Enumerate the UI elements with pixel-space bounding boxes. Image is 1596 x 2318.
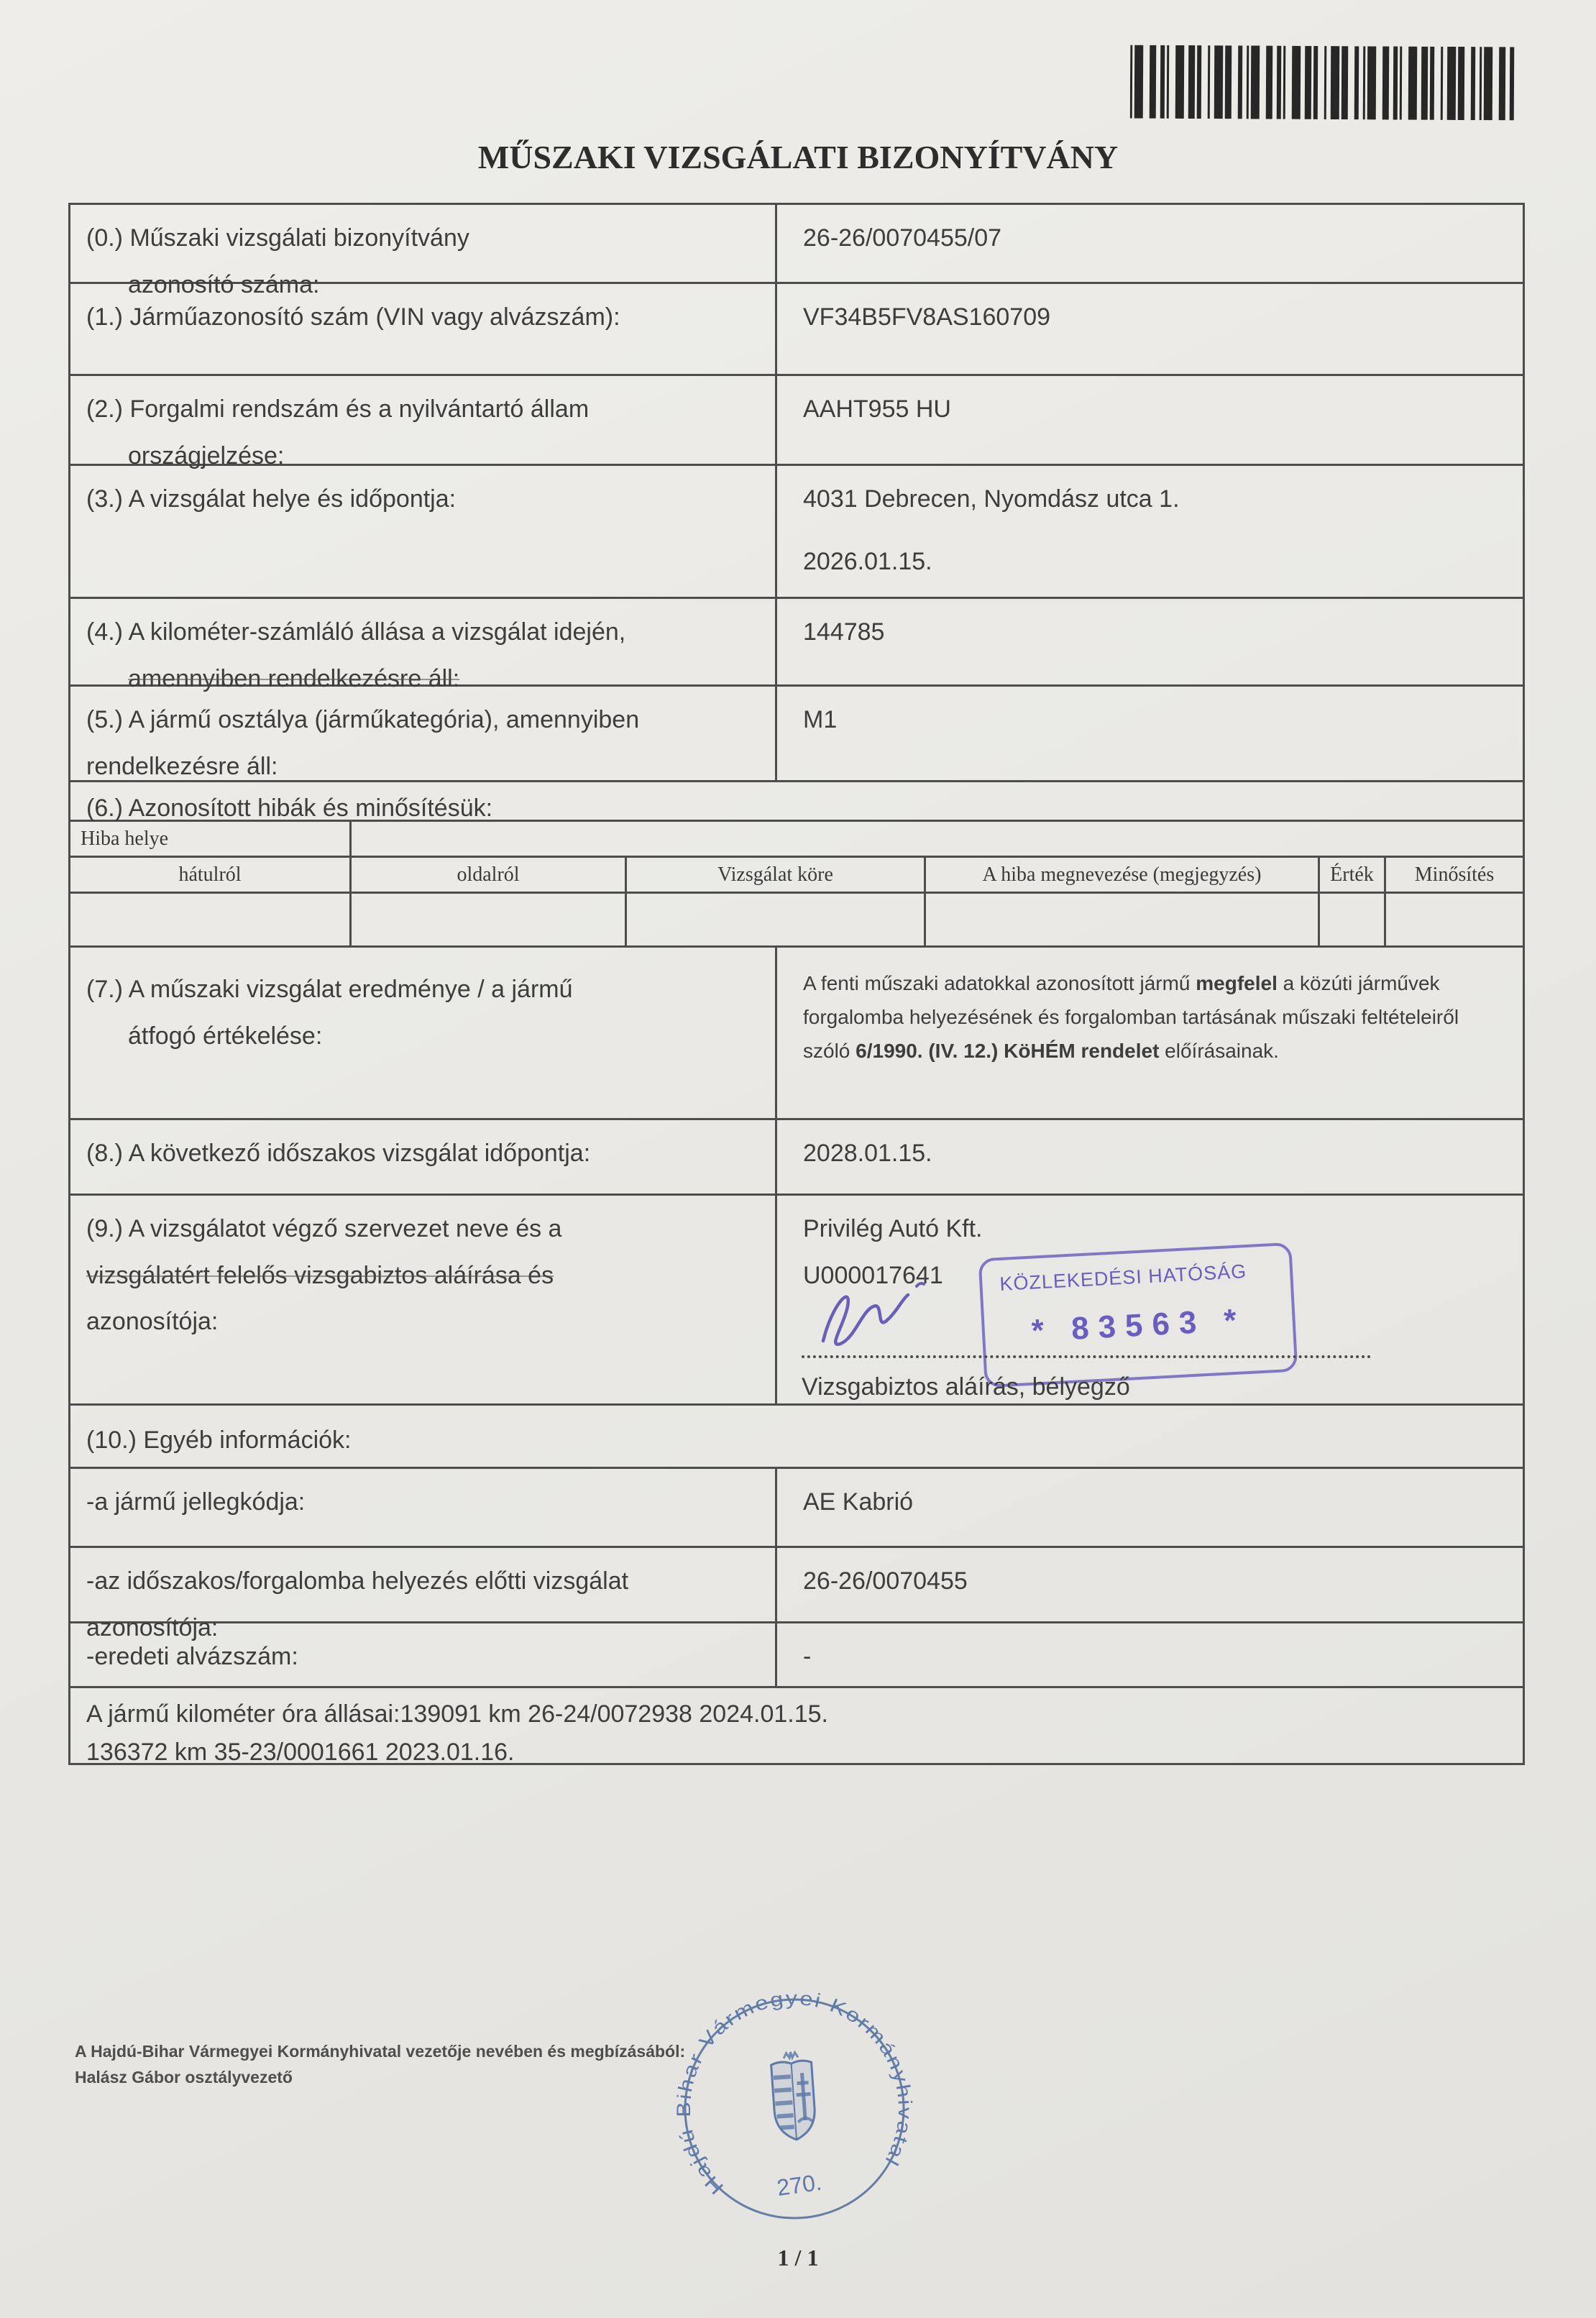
field-2-label: (2.) Forgalmi rendszám és a nyilvántartó…: [70, 376, 777, 464]
sub-field-elozo-vizsgalat-value: 26-26/0070455: [777, 1548, 1523, 1621]
field-0-value: 26-26/0070455/07: [777, 205, 1523, 282]
field-4-value: 144785: [777, 599, 1523, 684]
page-number: 1 / 1: [0, 2245, 1596, 2271]
sub-field-eredeti-alvazszam-row: -eredeti alvázszám: -: [70, 1621, 1523, 1686]
field-5-value: M1: [777, 687, 1523, 780]
signature-caption: Vizsgabiztos aláírás, bélyegző: [802, 1364, 1130, 1411]
field-9-row: (9.) A vizsgálatot végző szervezet neve …: [70, 1194, 1523, 1403]
defect-col-oldalrol: oldalról: [352, 858, 627, 892]
field-2-value: AAHT955 HU: [777, 376, 1523, 464]
sub-field-elozo-vizsgalat-label: -az időszakos/forgalomba helyezés előtti…: [70, 1548, 777, 1621]
defect-table-corner-row: Hiba helye: [70, 820, 1523, 856]
barcode-image: [1130, 45, 1523, 121]
sub-field-jellegkod-value: AE Kabrió: [777, 1469, 1523, 1546]
authority-stamp-title: KÖZLEKEDÉSI HATÓSÁG: [999, 1260, 1290, 1294]
field-5-label: (5.) A jármű osztálya (járműkategória), …: [70, 687, 777, 780]
field-2-row: (2.) Forgalmi rendszám és a nyilvántartó…: [70, 374, 1523, 464]
official-seal: Hajdú-Bihar Vármegyei Kormányhivatal 270…: [676, 1990, 913, 2227]
inspection-org-name: Privilég Autó Kft.: [803, 1206, 1501, 1252]
sub-field-jellegkod-row: -a jármű jellegkódja: AE Kabrió: [70, 1467, 1523, 1546]
field-7-row: (7.) A műszaki vizsgálat eredménye / a j…: [70, 945, 1523, 1118]
defect-col-vizsgalat-kore: Vizsgálat köre: [627, 858, 926, 892]
field-1-label: (1.) Járműazonosító szám (VIN vagy alváz…: [70, 284, 777, 374]
field-4-row: (4.) A kilométer-számláló állása a vizsg…: [70, 597, 1523, 684]
field-1-value: VF34B5FV8AS160709: [777, 284, 1523, 374]
field-4-label: (4.) A kilométer-számláló állása a vizsg…: [70, 599, 777, 684]
sub-field-eredeti-alvazszam-value: -: [777, 1623, 1523, 1686]
document-title: MŰSZAKI VIZSGÁLATI BIZONYÍTVÁNY: [0, 138, 1596, 176]
field-9-label: (9.) A vizsgálatot végző szervezet neve …: [70, 1196, 777, 1403]
field-6-heading: (6.) Azonosított hibák és minősítésük:: [70, 782, 1523, 820]
field-1-row: (1.) Járműazonosító szám (VIN vagy alváz…: [70, 282, 1523, 374]
defect-col-hiba-megnevezese: A hiba megnevezése (megjegyzés): [926, 858, 1320, 892]
defect-col-ertek: Érték: [1320, 858, 1386, 892]
odometer-history-row: A jármű kilométer óra állásai:139091 km …: [70, 1686, 1523, 1763]
field-8-row: (8.) A következő időszakos vizsgálat idő…: [70, 1118, 1523, 1194]
field-7-label: (7.) A műszaki vizsgálat eredménye / a j…: [70, 948, 777, 1118]
field-3-value: 4031 Debrecen, Nyomdász utca 1. 2026.01.…: [777, 466, 1523, 597]
field-8-value: 2028.01.15.: [777, 1120, 1523, 1194]
field-7-value: A fenti műszaki adatokkal azonosított já…: [777, 948, 1523, 1118]
inspector-signature: [817, 1275, 961, 1361]
defect-table-header-row: hátulról oldalról Vizsgálat köre A hiba …: [70, 856, 1523, 892]
field-0-row: (0.) Műszaki vizsgálati bizonyítvány azo…: [70, 205, 1523, 282]
field-8-label: (8.) A következő időszakos vizsgálat idő…: [70, 1120, 777, 1194]
scanned-certificate-page: MŰSZAKI VIZSGÁLATI BIZONYÍTVÁNY (0.) Műs…: [0, 0, 1596, 2318]
certificate-table: (0.) Műszaki vizsgálati bizonyítvány azo…: [68, 203, 1525, 1765]
footer-attribution: A Hajdú-Bihar Vármegyei Kormányhivatal v…: [75, 2039, 685, 2090]
sub-field-eredeti-alvazszam-label: -eredeti alvázszám:: [70, 1623, 777, 1686]
field-6-heading-row: (6.) Azonosított hibák és minősítésük:: [70, 780, 1523, 820]
field-5-row: (5.) A jármű osztálya (járműkategória), …: [70, 684, 1523, 780]
authority-stamp-number: * 83563 *: [984, 1302, 1293, 1350]
defect-col-hiba-helye: Hiba helye: [70, 822, 352, 856]
sub-field-elozo-vizsgalat-row: -az időszakos/forgalomba helyezés előtti…: [70, 1546, 1523, 1621]
field-10-heading-row: (10.) Egyéb információk:: [70, 1403, 1523, 1467]
signature-dotted-line: [802, 1355, 1371, 1358]
field-10-heading: (10.) Egyéb információk:: [70, 1406, 1523, 1467]
defect-corner-empty-cell: [352, 822, 1523, 856]
field-3-label: (3.) A vizsgálat helye és időpontja:: [70, 466, 777, 597]
seal-number: 270.: [775, 2169, 823, 2201]
defect-table-empty-row: [70, 892, 1523, 945]
odometer-history: A jármű kilométer óra állásai:139091 km …: [70, 1688, 1523, 1763]
defect-col-hatulrol: hátulról: [70, 858, 352, 892]
defect-col-minosites: Minősítés: [1386, 858, 1523, 892]
field-0-label: (0.) Műszaki vizsgálati bizonyítvány azo…: [70, 205, 777, 282]
field-9-value: Privilég Autó Kft. U000017641 KÖZLEKEDÉS…: [777, 1196, 1523, 1403]
coat-of-arms: [771, 2051, 817, 2141]
field-3-row: (3.) A vizsgálat helye és időpontja: 403…: [70, 464, 1523, 597]
sub-field-jellegkod-label: -a jármű jellegkódja:: [70, 1469, 777, 1546]
